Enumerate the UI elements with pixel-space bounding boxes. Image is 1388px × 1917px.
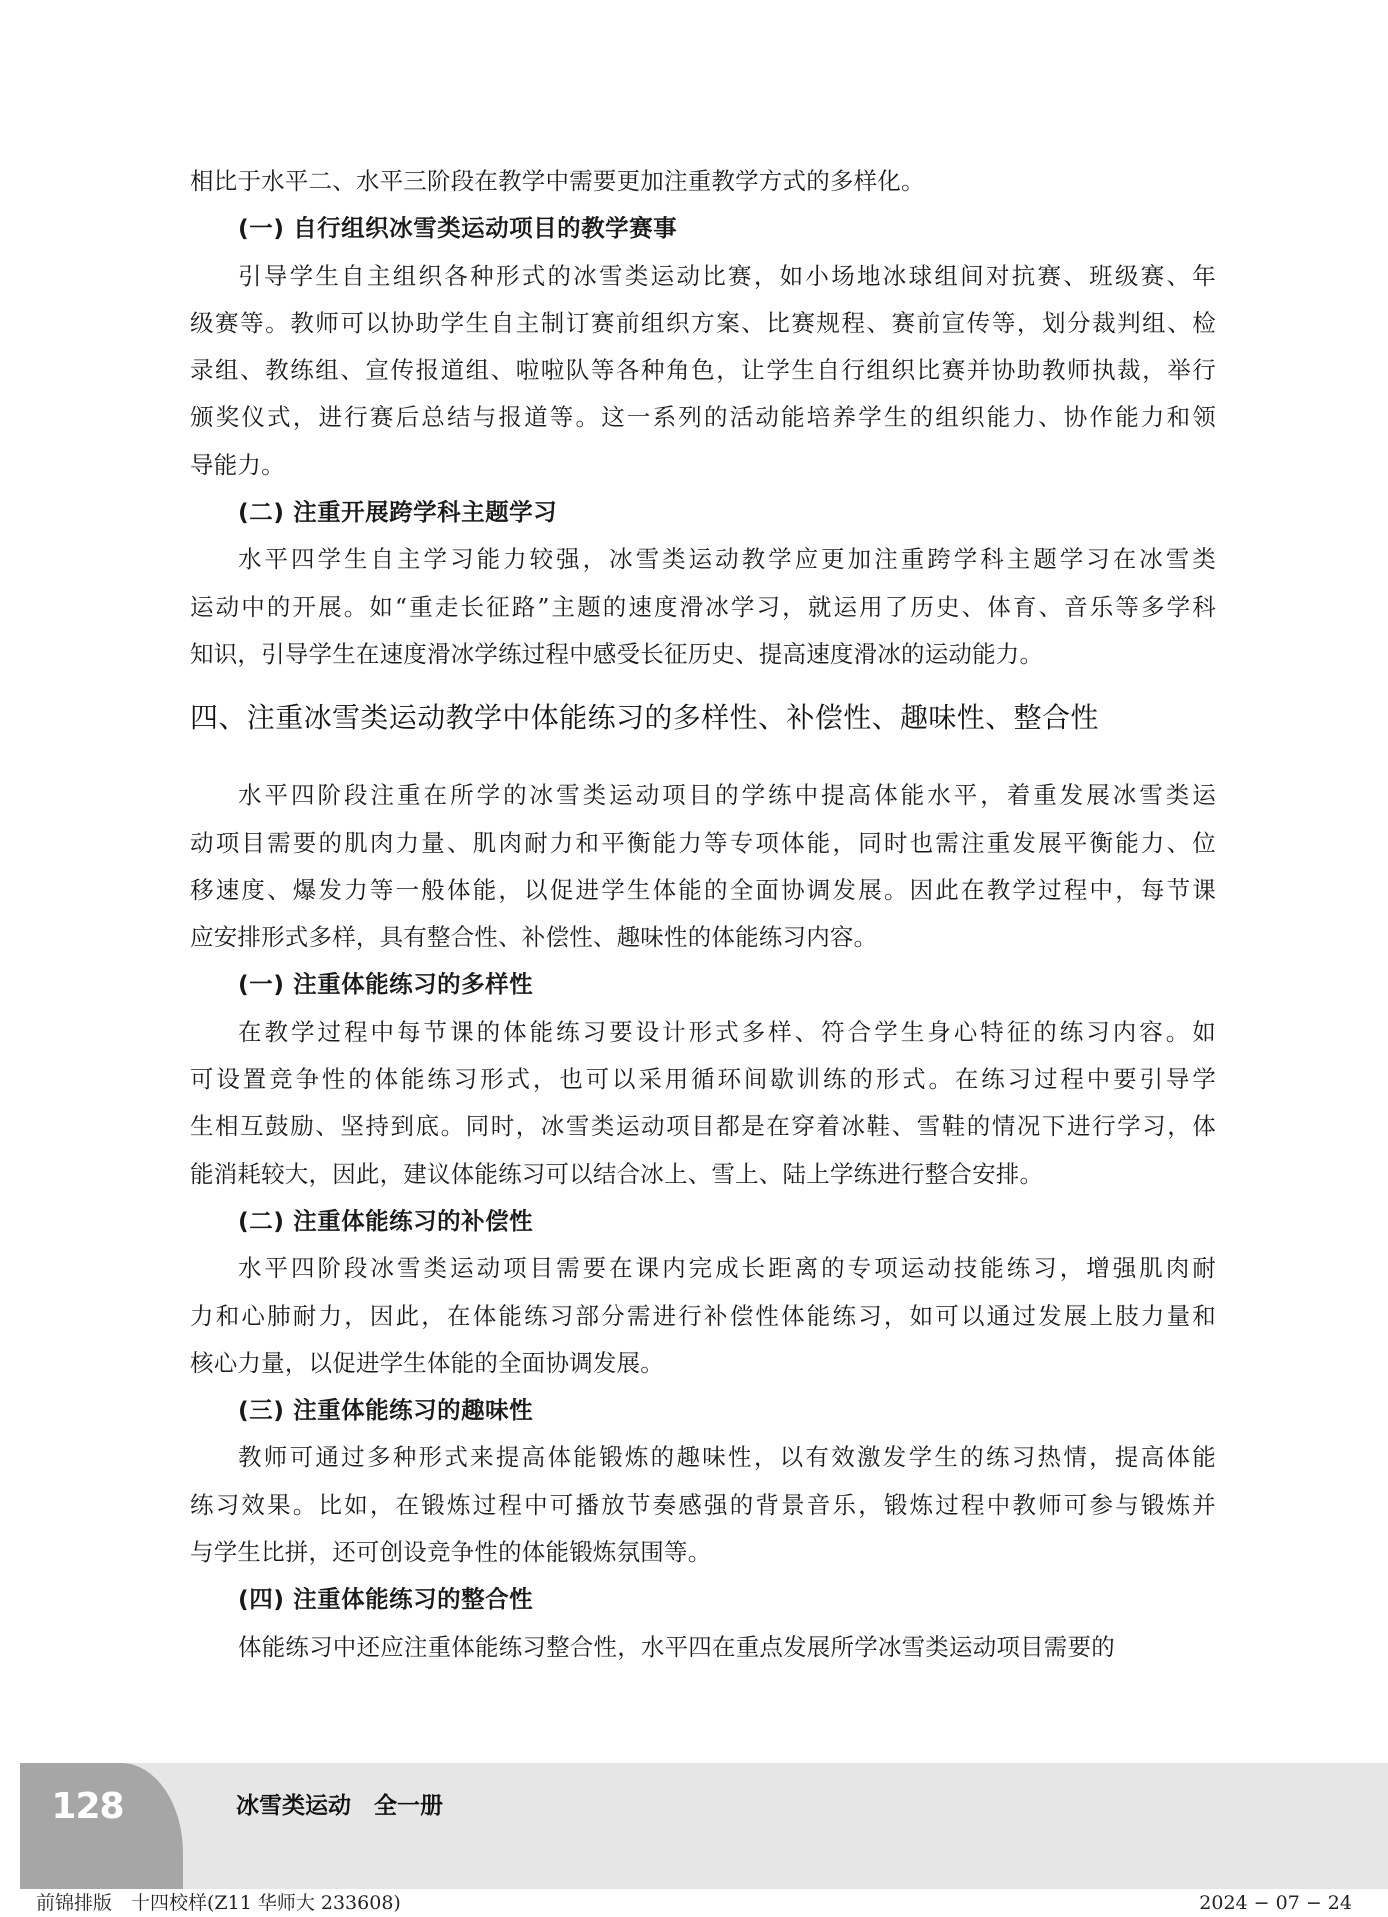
body-line: 知识，引导学生在速度滑冰学练过程中感受长征历史、提高速度滑冰的运动能力。 [190,631,1216,678]
body-line: 引导学生自主组织各种形式的冰雪类运动比赛，如小场地冰球组间对抗赛、班级赛、年 [190,253,1216,300]
page-number: 128 [20,1785,155,1829]
footer-band [20,1763,1388,1889]
section-heading: 四、注重冰雪类运动教学中体能练习的多样性、补偿性、趣味性、整合性 [190,698,1216,738]
body-line: 录组、教练组、宣传报道组、啦啦队等各种角色，让学生自行组织比赛并协助教师执裁，举… [190,347,1216,394]
body-line: 水平四学生自主学习能力较强，冰雪类运动教学应更加注重跨学科主题学习在冰雪类 [190,536,1216,583]
body-line: 核心力量，以促进学生体能的全面协调发展。 [190,1340,1216,1387]
body-line: 力和心肺耐力，因此，在体能练习部分需进行补偿性体能练习，如可以通过发展上肢力量和 [190,1293,1216,1340]
subheading: (二) 注重开展跨学科主题学习 [190,489,1216,536]
body-line: 颁奖仪式，进行赛后总结与报道等。这一系列的活动能培养学生的组织能力、协作能力和领 [190,394,1216,441]
body-line: 可设置竞争性的体能练习形式，也可以采用循环间歇训练的形式。在练习过程中要引导学 [190,1056,1216,1103]
print-date: 2024 − 07 − 24 [1199,1890,1352,1916]
subheading: (一) 自行组织冰雪类运动项目的教学赛事 [190,205,1216,252]
body-line: 动项目需要的肌肉力量、肌肉耐力和平衡能力等专项体能，同时也需注重发展平衡能力、位 [190,820,1216,867]
body-line: 级赛等。教师可以协助学生自主制订赛前组织方案、比赛规程、赛前宣传等，划分裁判组、… [190,300,1216,347]
body-line: 在教学过程中每节课的体能练习要设计形式多样、符合学生身心特征的练习内容。如 [190,1009,1216,1056]
print-info: 前锦排版 十四校样(Z11 华师大 233608) [36,1890,401,1916]
subheading: (三) 注重体能练习的趣味性 [190,1387,1216,1434]
body-line: 导能力。 [190,442,1216,489]
body-line: 移速度、爆发力等一般体能，以促进学生体能的全面协调发展。因此在教学过程中，每节课 [190,867,1216,914]
subheading: (一) 注重体能练习的多样性 [190,961,1216,1008]
body-line: 体能练习中还应注重体能练习整合性，水平四在重点发展所学冰雪类运动项目需要的 [190,1624,1216,1671]
body-line: 教师可通过多种形式来提高体能锻炼的趣味性，以有效激发学生的练习热情，提高体能 [190,1434,1216,1481]
body-line: 水平四阶段注重在所学的冰雪类运动项目的学练中提高体能水平，着重发展冰雪类运 [190,772,1216,819]
subheading: (二) 注重体能练习的补偿性 [190,1198,1216,1245]
body-line: 相比于水平二、水平三阶段在教学中需要更加注重教学方式的多样化。 [190,158,1216,205]
body-line: 运动中的开展。如“重走长征路”主题的速度滑冰学习，就运用了历史、体育、音乐等多学… [190,584,1216,631]
body-line: 生相互鼓励、坚持到底。同时，冰雪类运动项目都是在穿着冰鞋、雪鞋的情况下进行学习，… [190,1103,1216,1150]
body-line: 应安排形式多样，具有整合性、补偿性、趣味性的体能练习内容。 [190,914,1216,961]
body-line: 与学生比拼，还可创设竞争性的体能锻炼氛围等。 [190,1529,1216,1576]
body-line: 练习效果。比如，在锻炼过程中可播放节奏感强的背景音乐，锻炼过程中教师可参与锻炼并 [190,1482,1216,1529]
body-line: 水平四阶段冰雪类运动项目需要在课内完成长距离的专项运动技能练习，增强肌肉耐 [190,1245,1216,1292]
page-body: 相比于水平二、水平三阶段在教学中需要更加注重教学方式的多样化。 (一) 自行组织… [190,158,1216,1671]
book-title: 冰雪类运动 全一册 [236,1786,443,1826]
subheading: (四) 注重体能练习的整合性 [190,1576,1216,1623]
body-line: 能消耗较大，因此，建议体能练习可以结合冰上、雪上、陆上学练进行整合安排。 [190,1151,1216,1198]
